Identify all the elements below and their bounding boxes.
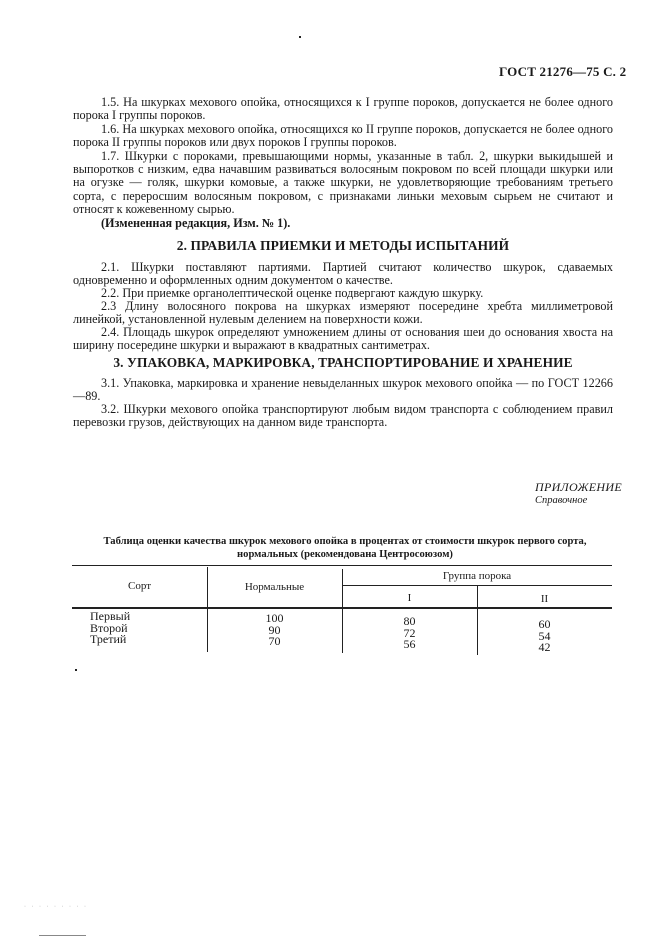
paragraph-1-6: 1.6. На шкурках мехового опойка, относящ… (73, 123, 613, 149)
scan-speck (299, 36, 301, 38)
column-group-1: 80 72 56 (342, 616, 477, 651)
column-group-2: 60 54 42 (477, 619, 612, 654)
paragraph-1-5: 1.5. На шкурках мехового опойка, относящ… (73, 96, 613, 122)
table-caption-line-2: нормальных (рекомендована Центросоюзом) (90, 548, 600, 561)
scan-speck (75, 669, 77, 671)
header-group-2: II (477, 593, 612, 605)
header-defect-group: Группа порока (342, 570, 612, 582)
section-3-title: 3. УПАКОВКА, МАРКИРОВКА, ТРАНСПОРТИРОВАН… (73, 355, 613, 371)
cell-grade: Третий (90, 634, 130, 646)
document-code-header: ГОСТ 21276—75 С. 2 (499, 64, 626, 80)
paragraph-3-2: 3.2. Шкурки мехового опойка транспортиру… (73, 403, 613, 429)
appendix-title: ПРИЛОЖЕНИЕ (535, 481, 622, 494)
header-group-1: I (342, 592, 477, 604)
table-caption: Таблица оценки качества шкурок мехового … (90, 535, 600, 561)
table-top-rule (72, 565, 612, 566)
appendix-subtitle: Справочное (535, 494, 622, 507)
column-grade: Первый Второй Третий (90, 611, 130, 646)
paragraph-1-7: 1.7. Шкурки с пороками, превышающими нор… (73, 150, 613, 216)
paragraph-2-1: 2.1. Шкурки поставляют партиями. Партией… (73, 261, 613, 287)
paragraph-2-4: 2.4. Площадь шкурок определяют умножение… (73, 326, 613, 352)
section-2-title: 2. ПРАВИЛА ПРИЕМКИ И МЕТОДЫ ИСПЫТАНИЙ (73, 238, 613, 254)
paragraph-3-1: 3.1. Упаковка, маркировка и хранение нев… (73, 377, 613, 403)
header-normal: Нормальные (207, 581, 342, 593)
amendment-note: (Измененная редакция, Изм. № 1). (73, 217, 613, 230)
appendix-label: ПРИЛОЖЕНИЕ Справочное (535, 481, 622, 507)
table-caption-line-1: Таблица оценки качества шкурок мехового … (90, 535, 600, 548)
column-normal: 100 90 70 (207, 613, 342, 648)
header-grade: Сорт (72, 580, 207, 592)
cell-group-1: 56 (342, 639, 477, 651)
cell-normal: 70 (207, 636, 342, 648)
cell-group-2: 42 (477, 642, 612, 654)
paragraph-2-3: 2.3 Длину волосяного покрова на шкурках … (73, 300, 613, 326)
scan-marks: · · · · · · · · · (24, 904, 88, 910)
quality-table: Сорт Нормальные Группа порока I II Первы… (72, 565, 612, 655)
